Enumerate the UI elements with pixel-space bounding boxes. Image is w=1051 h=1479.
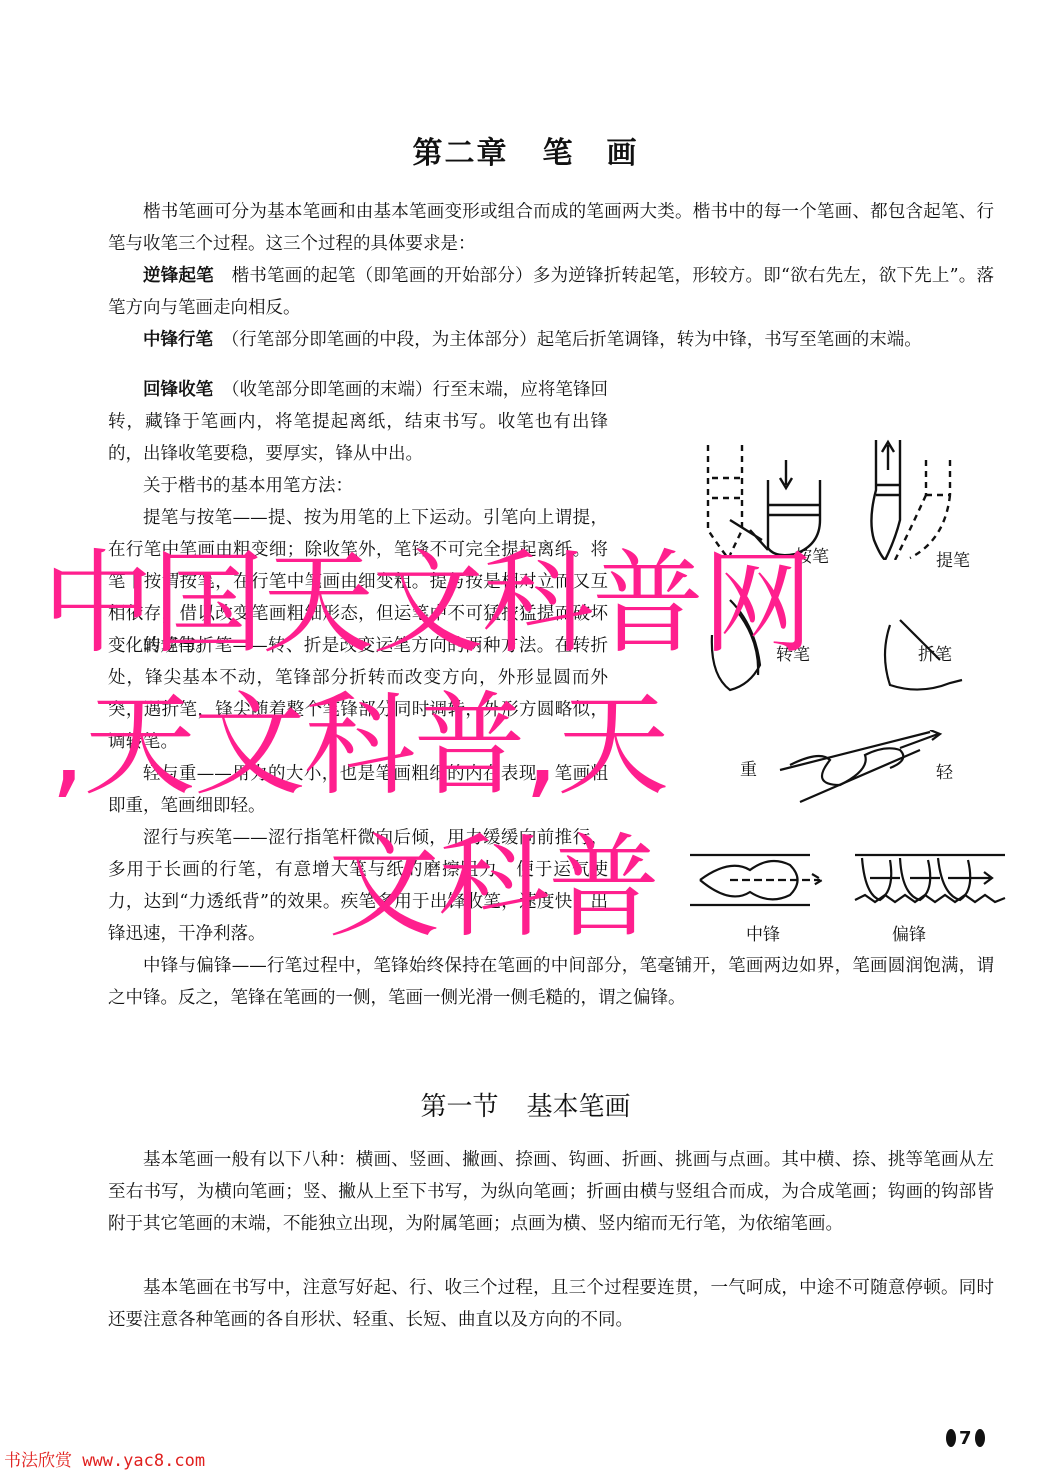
term-return-end: 回锋收笔 [143,380,213,400]
section-title: 第一节基本笔画 [0,1086,1051,1123]
figure-label-heavy: 重 [740,755,757,780]
page-number-bracket-left-icon [946,1429,956,1447]
figure-label-light: 轻 [936,758,953,783]
section-name: 基本笔画 [527,1092,631,1122]
paragraph-center-side: 中锋与偏锋——行笔过程中，笔锋始终保持在笔画的中间部分，笔毫铺开，笔画两边如界，… [108,950,994,1014]
paragraph-methods-heading: 关于楷书的基本用笔方法： [108,470,608,502]
paragraph-slow-fast: 涩行与疾笔——涩行指笔杆微向后倾，用力缓缓向前推行，多用于长画的行笔，有意增大笔… [108,822,608,950]
paragraph-turn-fold: 转笔与折笔——转、折是改变运笔方向的两种方法。在转折处，锋尖基本不动，笔锋部分折… [108,630,608,758]
term-center-stroke: 中锋行笔 [143,330,213,350]
page-number-bracket-right-icon [975,1429,985,1447]
paragraph-text: 楷书笔画的起笔（即笔画的开始部分）多为逆锋折转起笔，形较方。即“欲右先左，欲下先… [108,266,994,318]
term-reverse-start: 逆锋起笔 [143,266,214,286]
scanned-page: 第二章笔 画 楷书笔画可分为基本笔画和由基本笔画变形或组合而成的笔画两大类。楷书… [0,0,1051,1479]
page-number-value: 7 [959,1428,972,1449]
paragraph-eight-strokes: 基本笔画一般有以下八种：横画、竖画、撇画、捺画、钩画、折画、挑画与点画。其中横、… [108,1144,994,1240]
press-lift-diagram [690,430,1000,560]
paragraph-writing-notes: 基本笔画在书写中，注意写好起、行、收三个过程，且三个过程要连贯，一气呵成，中途不… [108,1272,994,1336]
paragraph-text: （行笔部分即笔画的中段，为主体部分）起笔后折笔调锋，转为中锋，书写至笔画的末端。 [213,330,922,350]
figure-label-turn: 转笔 [776,640,810,665]
footer-site-link[interactable]: 书法欣赏 www.yac8.com [4,1446,205,1471]
paragraph-center-stroke: 中锋行笔 （行笔部分即笔画的中段，为主体部分）起笔后折笔调锋，转为中锋，书写至笔… [108,324,994,356]
heavy-light-diagram [760,730,950,805]
paragraph-reverse-start: 逆锋起笔 楷书笔画的起笔（即笔画的开始部分）多为逆锋折转起笔，形较方。即“欲右先… [108,260,994,324]
figure-label-center: 中锋 [746,920,780,945]
paragraph-light-heavy: 轻与重——用力的大小，也是笔画粗细的内在表现。笔画粗即重，笔画细即轻。 [108,758,608,822]
figure-label-fold: 折笔 [918,640,952,665]
figure-label-side: 偏锋 [892,920,926,945]
chapter-number: 第二章 [413,136,509,171]
page-number: 7 [946,1427,985,1449]
section-number: 第一节 [420,1092,498,1122]
center-side-tip-diagram [690,850,1010,915]
figure-label-lift: 提笔 [936,546,970,571]
paragraph-return-end: 回锋收笔 （收笔部分即笔画的末端）行至末端，应将笔锋回转，藏锋于笔画内，将笔提起… [108,374,608,470]
chapter-title: 第二章笔 画 [0,128,1051,172]
figure-label-press: 按笔 [795,542,829,567]
intro-paragraph: 楷书笔画可分为基本笔画和由基本笔画变形或组合而成的笔画两大类。楷书中的每一个笔画… [108,196,994,260]
chapter-name: 笔 画 [543,136,639,171]
